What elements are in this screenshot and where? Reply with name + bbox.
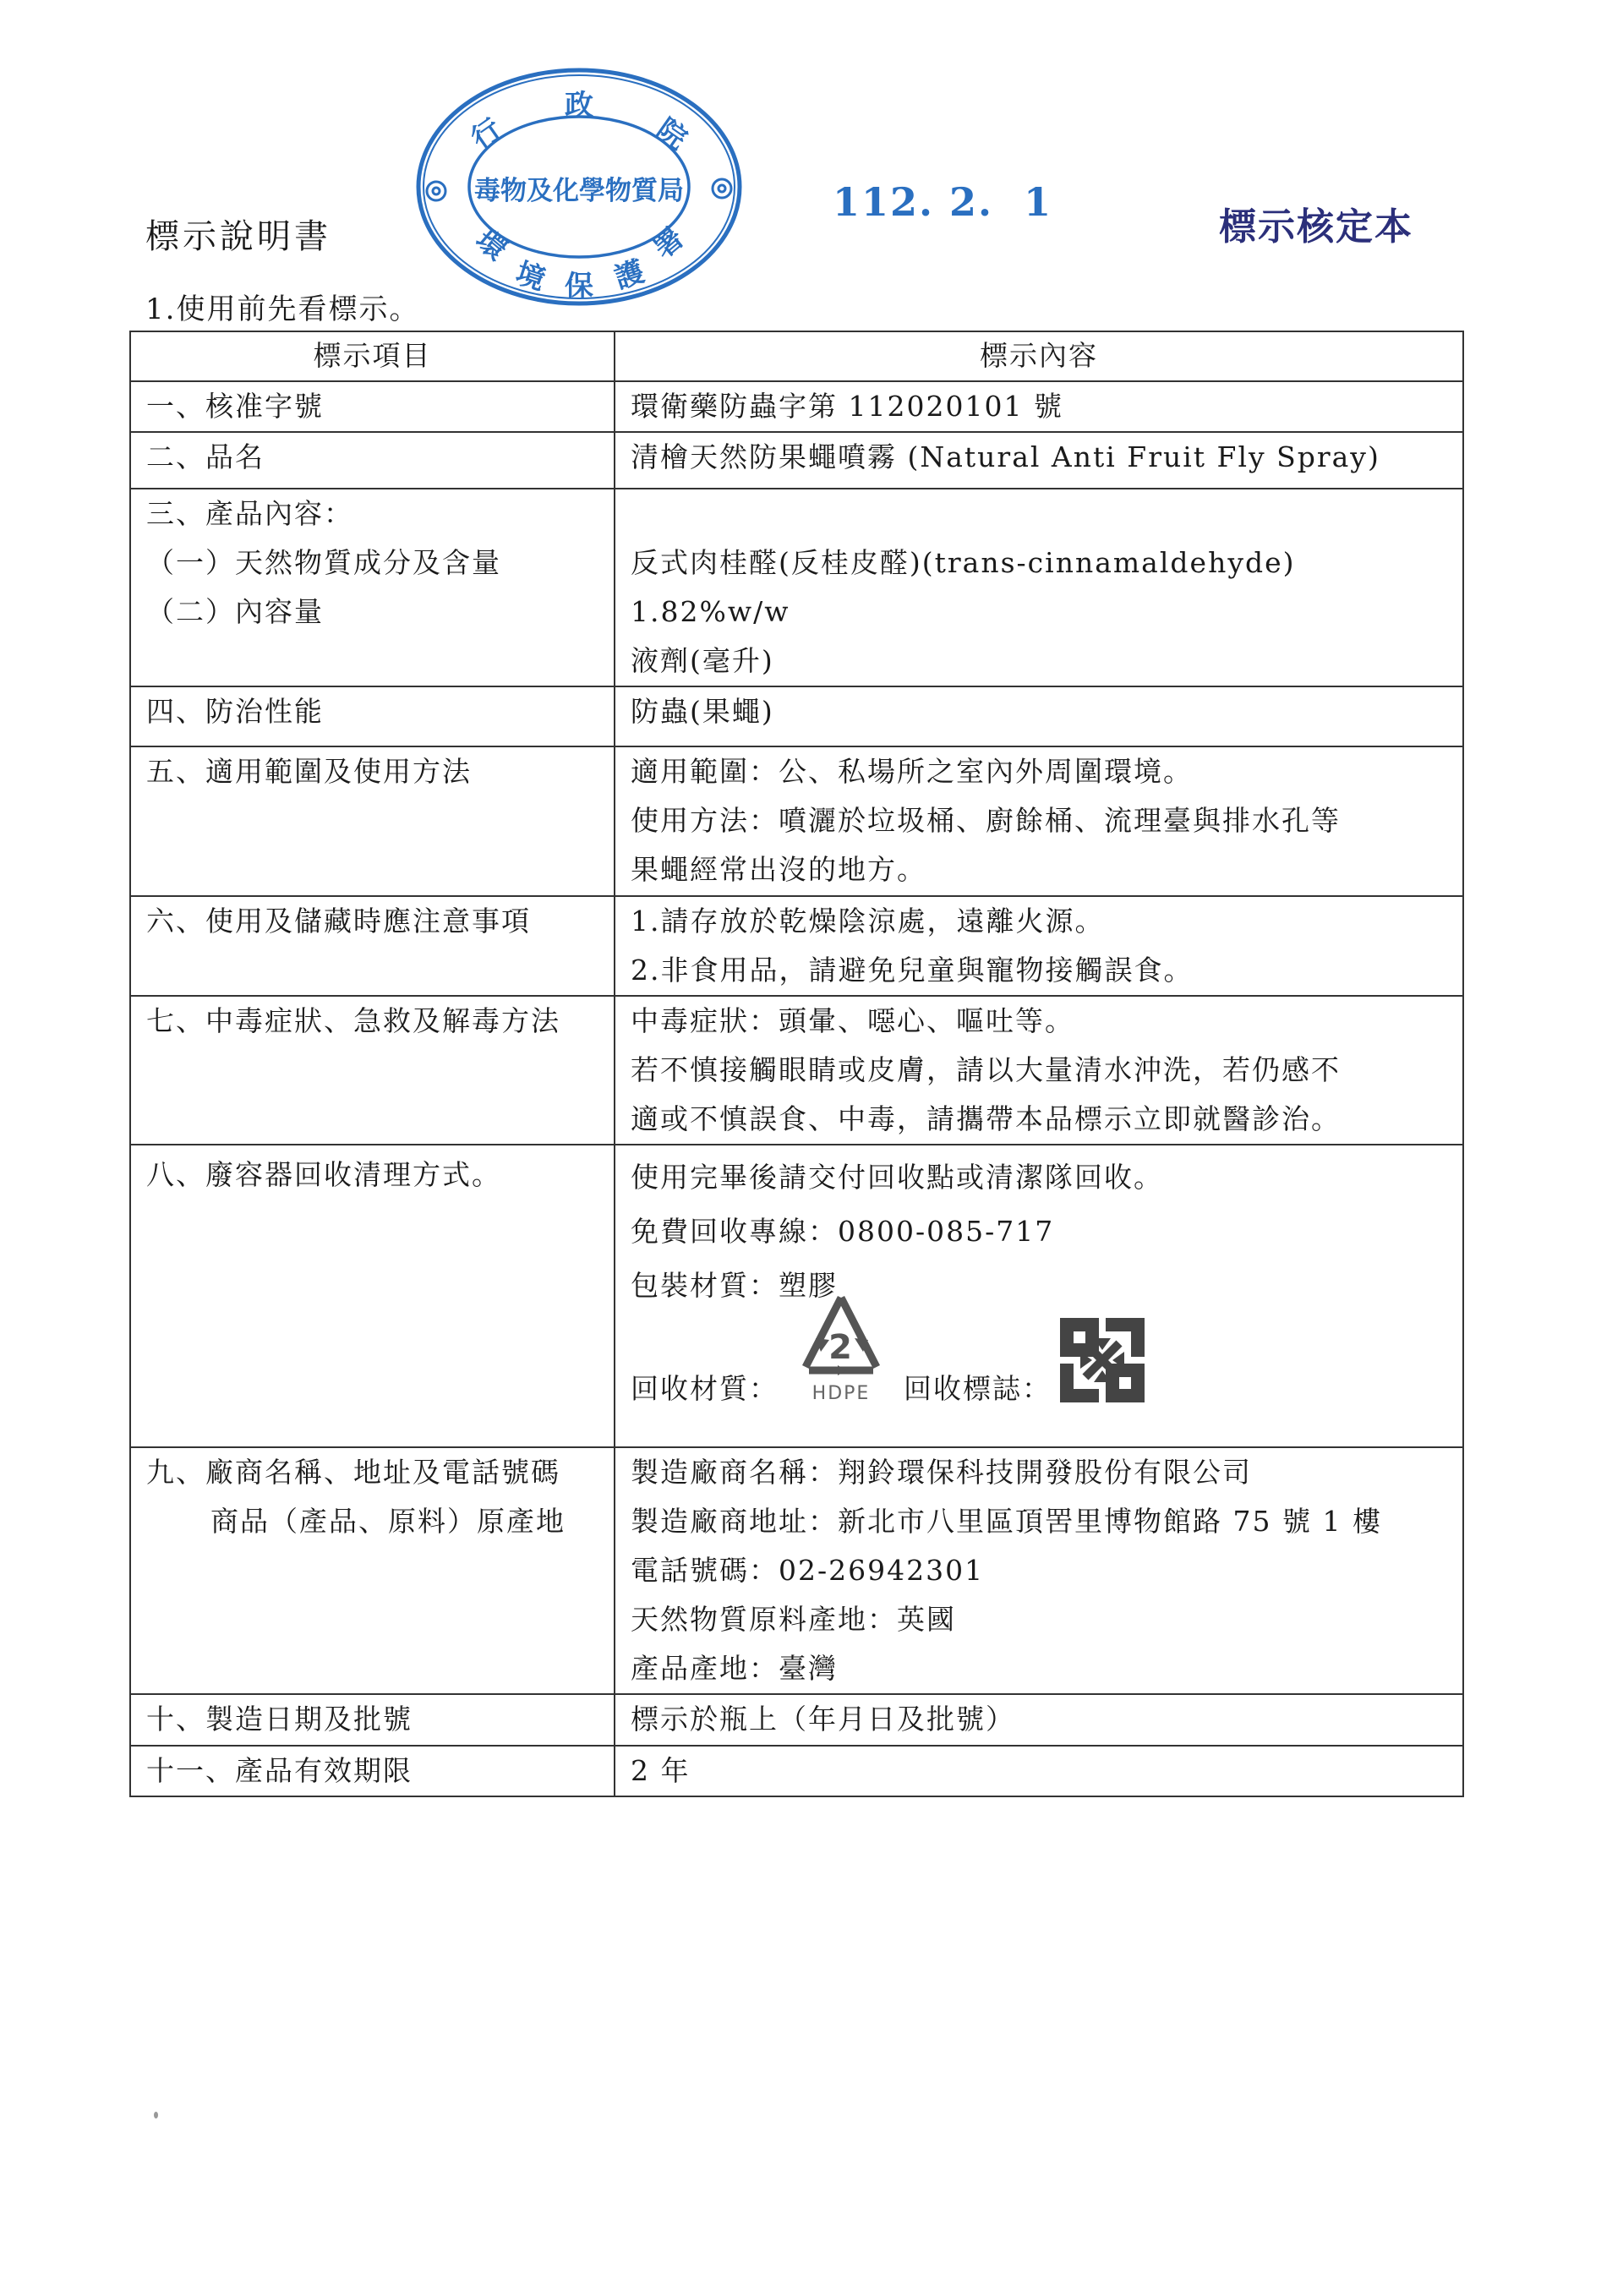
row-content: 環衛藥防蟲字第 112020101 號	[615, 381, 1463, 432]
row-content: 防蟲(果蠅)	[615, 686, 1463, 746]
row-item: 三、產品內容： （一）天然物質成分及含量 （二）內容量	[130, 489, 615, 686]
svg-text:署: 署	[647, 221, 691, 265]
svg-text:2: 2	[828, 1328, 854, 1367]
svg-text:院: 院	[650, 112, 693, 156]
row-item: 九、廠商名稱、地址及電話號碼 商品（產品、原料）原產地	[130, 1447, 615, 1694]
svg-text:護: 護	[610, 254, 648, 296]
table-row: 八、廢容器回收清理方式。 使用完畢後請交付回收點或清潔隊回收。 免費回收專線：0…	[130, 1145, 1463, 1447]
approved-copy-stamp: 標示核定本	[1219, 196, 1413, 250]
table-row: 二、品名 清檜天然防果蠅噴霧 (Natural Anti Fruit Fly S…	[130, 432, 1463, 489]
svg-text:保: 保	[565, 270, 593, 303]
row-item: 二、品名	[130, 432, 615, 489]
row-item: 一、核准字號	[130, 381, 615, 432]
svg-text:環: 環	[469, 222, 513, 266]
svg-text:政: 政	[565, 89, 593, 123]
official-seal-icon: 行 政 院 環 境 保 護 署 毒物及化學物質局	[414, 66, 744, 308]
svg-text:行: 行	[465, 112, 508, 156]
table-row: 六、使用及儲藏時應注意事項 1.請存放於乾燥陰涼處，遠離火源。 2.非食用品，請…	[130, 896, 1463, 996]
row-item: 五、適用範圍及使用方法	[130, 746, 615, 896]
label-table: 標示項目 標示內容 一、核准字號 環衛藥防蟲字第 112020101 號 二、品…	[129, 331, 1464, 1797]
table-row: 三、產品內容： （一）天然物質成分及含量 （二）內容量 反式肉桂醛(反桂皮醛)(…	[130, 489, 1463, 686]
row-content: 使用完畢後請交付回收點或清潔隊回收。 免費回收專線：0800-085-717 包…	[615, 1145, 1463, 1447]
column-header-item: 標示項目	[130, 331, 615, 381]
row-item: 七、中毒症狀、急救及解毒方法	[130, 996, 615, 1145]
recycle-mark-label: 回收標誌：	[904, 1370, 1052, 1408]
row-content: 2 年	[615, 1746, 1463, 1796]
column-header-content: 標示內容	[615, 331, 1463, 381]
table-row: 五、適用範圍及使用方法 適用範圍：公、私場所之室內外周圍環境。 使用方法：噴灑於…	[130, 746, 1463, 896]
row-item: 四、防治性能	[130, 686, 615, 746]
table-row: 四、防治性能 防蟲(果蠅)	[130, 686, 1463, 746]
row-content: 製造廠商名稱：翔鈴環保科技開發股份有限公司 製造廠商地址：新北市八里區頂罟里博物…	[615, 1447, 1463, 1694]
row-content: 標示於瓶上（年月日及批號）	[615, 1694, 1463, 1746]
svg-text:HDPE: HDPE	[812, 1383, 871, 1404]
usage-note: 1.使用前先看標示。	[145, 286, 419, 327]
row-item: 十一、產品有效期限	[130, 1746, 615, 1796]
row-content: 清檜天然防果蠅噴霧 (Natural Anti Fruit Fly Spray)	[615, 432, 1463, 489]
row-content: 反式肉桂醛(反桂皮醛)(trans-cinnamaldehyde) 1.82%w…	[615, 489, 1463, 686]
table-row: 一、核准字號 環衛藥防蟲字第 112020101 號	[130, 381, 1463, 432]
document-title: 標示說明書	[145, 210, 331, 258]
table-header-row: 標示項目 標示內容	[130, 331, 1463, 381]
date-stamp: 112. 2. 1	[833, 179, 1052, 225]
svg-text:毒物及化學物質局: 毒物及化學物質局	[474, 176, 684, 206]
table-row: 十一、產品有效期限 2 年	[130, 1746, 1463, 1796]
table-row: 七、中毒症狀、急救及解毒方法 中毒症狀：頭暈、噁心、嘔吐等。 若不慎接觸眼睛或皮…	[130, 996, 1463, 1145]
row-content: 中毒症狀：頭暈、噁心、嘔吐等。 若不慎接觸眼睛或皮膚，請以大量清水沖洗，若仍感不…	[615, 996, 1463, 1145]
scan-speck	[154, 2112, 158, 2118]
row-content: 適用範圍：公、私場所之室內外周圍環境。 使用方法：噴灑於垃圾桶、廚餘桶、流理臺與…	[615, 746, 1463, 896]
svg-text:境: 境	[511, 256, 549, 298]
row-item: 六、使用及儲藏時應注意事項	[130, 896, 615, 996]
table-row: 九、廠商名稱、地址及電話號碼 商品（產品、原料）原產地 製造廠商名稱：翔鈴環保科…	[130, 1447, 1463, 1694]
row-item: 八、廢容器回收清理方式。	[130, 1145, 615, 1447]
row-item: 十、製造日期及批號	[130, 1694, 615, 1746]
taiwan-recycling-mark-icon	[1055, 1313, 1150, 1408]
recycle-material-label: 回收材質：	[631, 1370, 779, 1408]
hdpe-recycle-icon: 2 HDPE	[790, 1289, 892, 1408]
table-row: 十、製造日期及批號 標示於瓶上（年月日及批號）	[130, 1694, 1463, 1746]
row-content: 1.請存放於乾燥陰涼處，遠離火源。 2.非食用品，請避免兒童與寵物接觸誤食。	[615, 896, 1463, 996]
